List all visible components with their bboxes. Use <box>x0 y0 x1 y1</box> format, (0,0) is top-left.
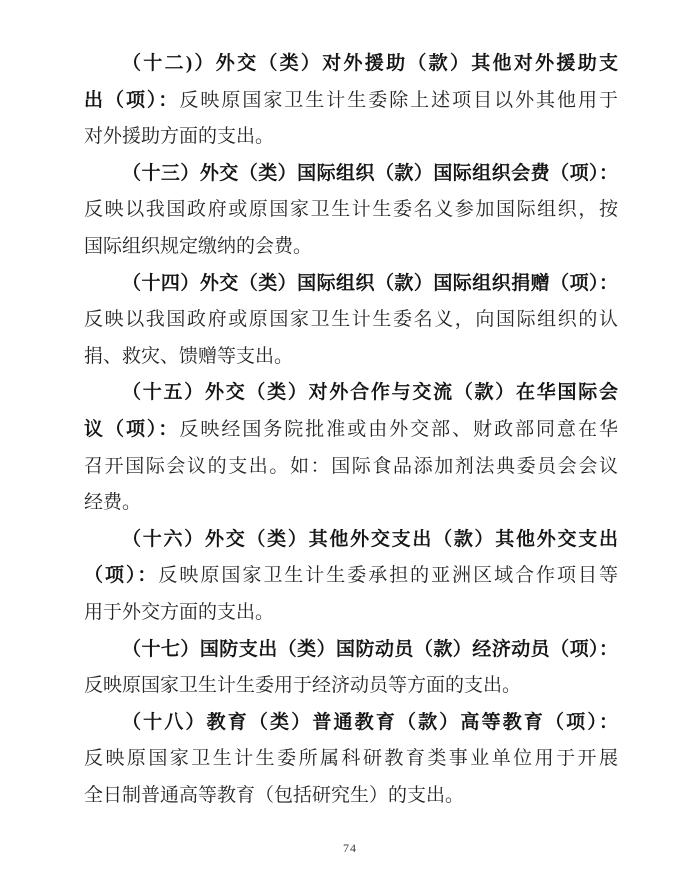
body-text: 全日制普通高等教育（包括研究生）的支出。 <box>84 785 464 806</box>
paragraph: （十八）教育（类）普通教育（款）高等教育（项）：反映原国家卫生计生委所属科研教育… <box>84 705 618 815</box>
text-line: 反映原国家卫生计生委用于经济动员等方面的支出。 <box>84 668 618 705</box>
paragraph: （十五）外交（类）对外合作与交流（款）在华国际会议（项）：反映经国务院批准或由外… <box>84 375 618 521</box>
heading-text: （项）： <box>84 565 158 586</box>
text-line: （十四）外交（类）国际组织（款）国际组织捐赠（项）： <box>84 266 618 303</box>
text-line: （十三）外交（类）国际组织（款）国际组织会费（项）： <box>84 156 618 193</box>
text-line: 出（项）：反映原国家卫生计生委除上述项目以外其他用于 <box>84 83 618 120</box>
text-line: （项）：反映原国家卫生计生委承担的亚洲区域合作项目等 <box>84 558 618 595</box>
paragraph: （十七）国防支出（类）国防动员（款）经济动员（项）：反映原国家卫生计生委用于经济… <box>84 632 618 705</box>
paragraph: （十四）外交（类）国际组织（款）国际组织捐赠（项）：反映以我国政府或原国家卫生计… <box>84 266 618 376</box>
text-line: 反映原国家卫生计生委所属科研教育类事业单位用于开展 <box>84 741 618 778</box>
heading-text: 出（项）： <box>84 90 179 111</box>
heading-text: （十三）外交（类）国际组织（款）国际组织会费（项）： <box>122 163 618 184</box>
paragraph: （十二)）外交（类）对外援助（款）其他对外援助支出（项）：反映原国家卫生计生委除… <box>84 46 618 156</box>
body-text: 反映原国家卫生计生委用于经济动员等方面的支出。 <box>84 675 521 696</box>
text-line: 议（项）：反映经国务院批准或由外交部、财政部同意在华 <box>84 412 618 449</box>
body-text: 反映原国家卫生计生委承担的亚洲区域合作项目等 <box>158 565 618 586</box>
text-line: 经费。 <box>84 485 618 522</box>
text-line: 对外援助方面的支出。 <box>84 119 618 156</box>
text-line: 反映以我国政府或原国家卫生计生委名义参加国际组织，按 <box>84 192 618 229</box>
heading-text: 议（项）： <box>84 419 179 440</box>
text-line: 召开国际会议的支出。如：国际食品添加剂法典委员会会议 <box>84 449 618 486</box>
text-line: 反映以我国政府或原国家卫生计生委名义，向国际组织的认 <box>84 302 618 339</box>
document-body: （十二)）外交（类）对外援助（款）其他对外援助支出（项）：反映原国家卫生计生委除… <box>84 46 618 814</box>
text-line: （十七）国防支出（类）国防动员（款）经济动员（项）： <box>84 632 618 669</box>
heading-text: （十七）国防支出（类）国防动员（款）经济动员（项）： <box>122 639 618 660</box>
heading-text: （十六）外交（类）其他外交支出（款）其他外交支出 <box>122 529 618 550</box>
heading-text: （十二)）外交（类）对外援助（款）其他对外援助支 <box>122 53 618 74</box>
body-text: 反映以我国政府或原国家卫生计生委名义参加国际组织，按 <box>84 199 618 220</box>
text-line: （十二)）外交（类）对外援助（款）其他对外援助支 <box>84 46 618 83</box>
paragraph: （十六）外交（类）其他外交支出（款）其他外交支出（项）：反映原国家卫生计生委承担… <box>84 522 618 632</box>
body-text: 反映原国家卫生计生委除上述项目以外其他用于 <box>179 90 618 111</box>
body-text: 反映以我国政府或原国家卫生计生委名义，向国际组织的认 <box>84 309 618 330</box>
text-line: 捐、救灾、馈赠等支出。 <box>84 339 618 376</box>
body-text: 经费。 <box>84 492 141 513</box>
text-line: 全日制普通高等教育（包括研究生）的支出。 <box>84 778 618 815</box>
body-text: 反映原国家卫生计生委所属科研教育类事业单位用于开展 <box>84 748 618 769</box>
text-line: 国际组织规定缴纳的会费。 <box>84 229 618 266</box>
body-text: 国际组织规定缴纳的会费。 <box>84 236 312 257</box>
body-text: 捐、救灾、馈赠等支出。 <box>84 346 293 367</box>
document-page: （十二)）外交（类）对外援助（款）其他对外援助支出（项）：反映原国家卫生计生委除… <box>0 0 700 888</box>
body-text: 召开国际会议的支出。如：国际食品添加剂法典委员会会议 <box>84 456 618 477</box>
heading-text: （十五）外交（类）对外合作与交流（款）在华国际会 <box>122 382 618 403</box>
heading-text: （十四）外交（类）国际组织（款）国际组织捐赠（项）： <box>122 273 618 294</box>
text-line: 用于外交方面的支出。 <box>84 595 618 632</box>
text-line: （十八）教育（类）普通教育（款）高等教育（项）： <box>84 705 618 742</box>
body-text: 用于外交方面的支出。 <box>84 602 274 623</box>
page-number: 74 <box>0 841 700 856</box>
text-line: （十六）外交（类）其他外交支出（款）其他外交支出 <box>84 522 618 559</box>
paragraph: （十三）外交（类）国际组织（款）国际组织会费（项）：反映以我国政府或原国家卫生计… <box>84 156 618 266</box>
heading-text: （十八）教育（类）普通教育（款）高等教育（项）： <box>122 712 618 733</box>
body-text: 对外援助方面的支出。 <box>84 126 274 147</box>
body-text: 反映经国务院批准或由外交部、财政部同意在华 <box>179 419 618 440</box>
text-line: （十五）外交（类）对外合作与交流（款）在华国际会 <box>84 375 618 412</box>
